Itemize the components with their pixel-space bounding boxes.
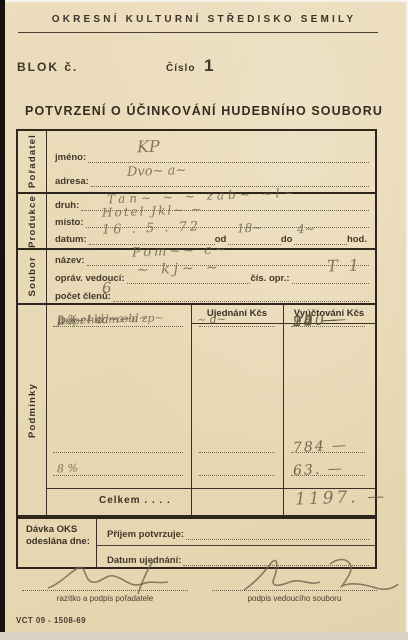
section-label-podminky: Podmínky	[18, 305, 47, 515]
field-adresa: adresa:	[55, 172, 369, 187]
scanned-form: OKRESNÍ KULTURNÍ STŘEDISKO SEMILY BLOK č…	[0, 0, 408, 640]
handwriting-cis-opr: T 1	[327, 255, 363, 275]
header-rule	[18, 32, 378, 33]
handwriting-adresa: Dvo~ a~	[127, 163, 187, 180]
podminky-row: 8 % 63. —	[47, 454, 375, 476]
handwriting-vedouci: ~ kj~ ~	[137, 260, 222, 279]
column-divider-1	[191, 305, 192, 515]
handwriting-pocet-clenu: 6	[102, 279, 112, 297]
section-label-produkce: Produkce	[18, 194, 47, 248]
handwriting-jmeno: KP	[137, 137, 160, 157]
section-poradatel: Pořadatel jméno: adresa: KP Dvo~ a~	[18, 131, 375, 192]
handwriting-od: 18~	[237, 221, 263, 236]
podminky-row: 784 —	[47, 431, 375, 453]
bottom-box-divider	[97, 545, 375, 546]
signature-line-right	[212, 590, 377, 591]
signature-line-left	[22, 590, 188, 591]
form-code: VCT 09 - 1508-69	[16, 616, 86, 625]
section-label-poradatel: Pořadatel	[18, 131, 47, 192]
handwriting-celkem: 1197. —	[295, 486, 388, 509]
section-produkce: Produkce druh: místo: datum: od do	[18, 192, 375, 248]
dispatch-box: Dávka OKS odeslána dne: Příjem potvrzuje…	[16, 517, 377, 569]
celkem-label: Celkem . . . .	[99, 495, 171, 506]
section-soubor: Soubor název: opráv. vedoucí: čís. opr.:…	[18, 248, 375, 303]
scan-edge-bottom	[0, 632, 408, 640]
field-prijem-potvrzuje: Příjem potvrzuje:	[107, 526, 369, 540]
handwriting-do: 4~	[297, 222, 315, 237]
davka-oks-cell: Dávka OKS odeslána dne:	[18, 519, 97, 567]
organization-name: OKRESNÍ KULTURNÍ STŘEDISKO SEMILY	[0, 14, 408, 25]
form-title: POTVRZENÍ O ÚČINKOVÁNÍ HUDEBNÍHO SOUBORU	[0, 104, 408, 118]
section-podminky: Podmínky Ujednání Kčs Vyúčtování Kčs 784…	[18, 303, 375, 515]
signature-caption-right: podpis vedoucího souboru	[212, 594, 377, 603]
section-label-soubor: Soubor	[18, 250, 47, 303]
field-datum-ujednani: Datum ujednání:	[107, 552, 369, 566]
signature-caption-left: razítko a podpis pořadatele	[22, 594, 188, 603]
field-jmeno: jméno:	[55, 148, 369, 163]
form-table: Pořadatel jméno: adresa: KP Dvo~ a~ Prod…	[16, 129, 377, 517]
blok-label: BLOK č.	[17, 60, 78, 74]
column-divider-2	[283, 305, 284, 515]
cislo-label: Číslo	[166, 63, 195, 74]
cislo-value: 1	[204, 56, 213, 76]
podminky-row	[47, 305, 375, 327]
scan-edge-left	[0, 0, 5, 632]
